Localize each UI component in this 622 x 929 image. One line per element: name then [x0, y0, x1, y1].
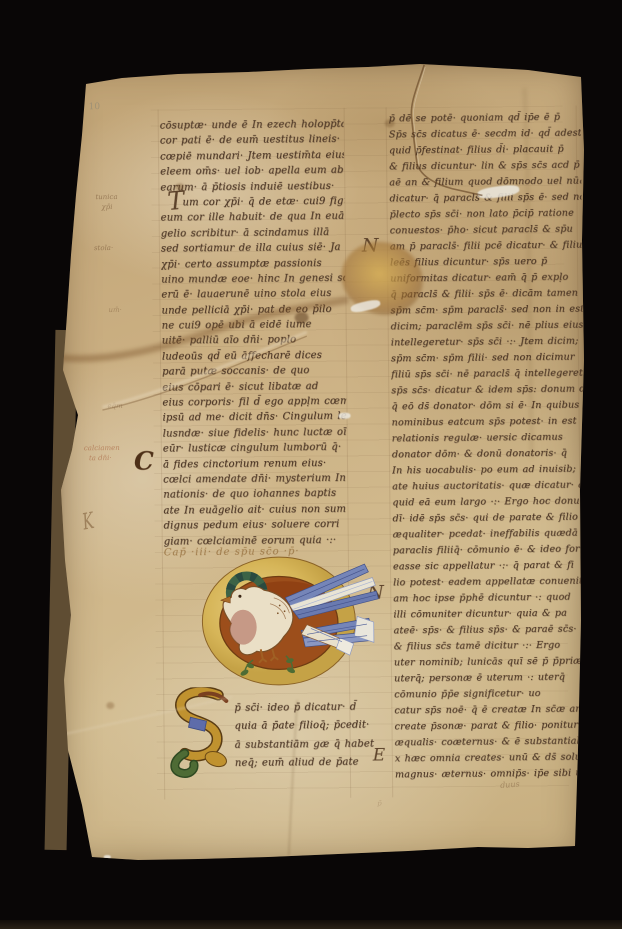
- text-line: leēs filius dicuntur· sp̄s uero p̄: [390, 253, 582, 271]
- page-content: cōsuptæ· unde ē In ezech holopp̄tacor pa…: [54, 57, 590, 868]
- text-line: dicim; paraclēm sp̄s sc̄i· nē plius eius: [391, 317, 583, 335]
- text-line: uterq̄; personæ ē uterum ·: uterq̄: [394, 669, 586, 687]
- photo-frame-edge: [0, 920, 622, 929]
- text-line: nominibus eatcum sp̄s potest· in est: [392, 413, 584, 431]
- text-line: parā putæ soccanis· de quo: [162, 363, 346, 380]
- faint-inscription: duus: [500, 779, 520, 790]
- chapter-rubric: Cap̄ ·iii· de sp̄u sc̄o ·p̄·: [164, 546, 348, 559]
- text-line: lusndæ· siue fidelis· hunc luctæ oīa: [163, 425, 347, 442]
- text-line: create p̄sonæ· parat & filio· ponitur: [394, 717, 586, 735]
- left-column-below-miniature: p̄ sc̄i· ideo p̄ dicatur· d̄quia ā p̄ate…: [234, 698, 385, 773]
- text-line: eius cōpari ē· sicut libatæ ad: [162, 378, 346, 395]
- photograph-of-manuscript: cōsuptæ· unde ē In ezech holopp̄tacor pa…: [0, 0, 622, 929]
- text-line: am p̄ paracls̄· filii pcē dicatur· & fil…: [390, 237, 582, 255]
- initial-e: E: [373, 745, 386, 765]
- roundel-frame: [202, 556, 356, 685]
- nimbus-arc: [230, 576, 263, 609]
- text-line: æqualiter· pcedat· ineffabilis quædā: [393, 525, 585, 543]
- text-line: ate In euāgelio ait· cuius non sum: [163, 502, 347, 519]
- text-line: dignus pedum eius· soluere corri: [164, 517, 348, 534]
- text-line: uino mundæ eoe· hinc In genesi so: [161, 271, 345, 288]
- text-line: In his uocabulis· po eum ad inuisib; usi…: [392, 461, 584, 479]
- wing-feathers: [285, 564, 378, 619]
- text-line: p̄ dē se potē· quoniam qd̄ ip̄e ē p̄: [389, 110, 581, 128]
- text-line: earum· ā p̄tiosis induiē uestibus·: [160, 178, 344, 195]
- text-line: χp̄i· certo assumptæ passionis: [161, 255, 345, 272]
- text-line: intellegeretur· sp̄s sc̄i ·:· Jtem dicim…: [391, 333, 583, 351]
- text-line: uniformitas dicatur· eam̄ q̄ p̄ expḷo: [390, 269, 582, 287]
- text-line: unde pelliciā χp̄i· pat de eo p̄ilo: [161, 301, 345, 318]
- text-line: dicatur· q̄ paracls̄ & filii sp̄s ē· sed…: [389, 189, 581, 207]
- text-line: ateē· sp̄s· & filius sp̄s· & paraē sc̄s·: [394, 621, 586, 639]
- text-line: eleem om̄s· uel iob· apella eum abi deo: [160, 163, 344, 180]
- text-line: Sp̄s sc̄s dicatus ē· secdm id· qd̄ adest: [389, 126, 581, 144]
- text-line: ludeoūs qd̄ eū āffecharē dices: [162, 348, 346, 365]
- tear-white-patch: [350, 298, 381, 313]
- margin-note: stola·: [94, 244, 113, 252]
- text-line: catur sp̄s noē· q̄ ē creatæ In sc̄æ ambo: [394, 701, 586, 719]
- dove-body: [220, 586, 293, 655]
- initial-n: N: [367, 581, 384, 603]
- text-line: neq̄; eum̄ aliud de p̄ate: [235, 754, 385, 774]
- text-line: x hæc omnia creates· unū & ds̄ solus· bo…: [395, 749, 587, 767]
- text-line: q̄ paracls̄ & filii· sp̄s ē· dicām tamen: [390, 285, 582, 303]
- decorated-initial-s: [160, 687, 237, 780]
- text-line: magnus· æternus· omnip̄s· ip̄e sibi uiui…: [395, 765, 587, 783]
- initial-c: C: [134, 447, 154, 476]
- text-line: conuestos· p̄ho· sicut paracls̄ & sp̄u: [390, 221, 582, 239]
- text-line: filiū sp̄s sc̄i· nē paracls̄ q̄ intelleg…: [391, 365, 583, 383]
- text-line: ne cui9 opē ubi ā eidē iume: [162, 317, 346, 334]
- text-line: quid p̄festinat· filius d̄i· placauit p̄: [389, 141, 581, 159]
- text-line: eius corporis· fil d̄ ego appḷm cœm popḷ…: [162, 394, 346, 411]
- margin-note: eq̄m: [107, 402, 122, 410]
- text-line: dī· idē sp̄s sc̄s· qui de parate & filio: [392, 509, 584, 527]
- margin-note: um̄·: [108, 306, 121, 314]
- text-line: eūr· lusticæ cingulum lumborū q̄·: [163, 440, 347, 457]
- initial-t: T: [166, 186, 185, 216]
- text-line: aē an & filium quod dōmnodo uel nūq̄: [389, 173, 581, 191]
- text-line: & filius dicuntur· lin & sp̄s sc̄s acd p…: [389, 157, 581, 175]
- text-line: æqualis· coæternus· & ē substantialis·: [395, 733, 587, 751]
- text-line: erū ē· lauaerunē uino stola eius: [161, 286, 345, 303]
- margin-note: χp̄i: [101, 203, 112, 211]
- initial-n: N: [362, 234, 379, 256]
- text-line: um cor χp̄i· q̄ de etæ· cui9 figurām: [160, 194, 344, 211]
- text-line: cor pati ē· de eum̄ uestitus lineis· idē: [160, 132, 344, 149]
- text-line: donator dōm· & donū donatoris· q̄: [392, 445, 584, 463]
- text-line: illi cōmuniter dicuntur· quia & pa: [393, 605, 585, 623]
- text-line: cōmunio p̄p̄e significetur· uo: [394, 685, 586, 703]
- text-line: uitē· palliū aīo dn̄i· poplo: [162, 332, 346, 349]
- text-line: & filius sc̄s tamē dicitur ·:· Ergo: [394, 637, 586, 655]
- text-line: paraclis filiiq̄· cōmunio ē· & ideo for: [393, 541, 585, 559]
- text-line: sed sortiamur de illa cuius siē· Ja: [161, 240, 345, 257]
- text-line: sp̄s sc̄s· dicatur & idem sp̄s: donum dī: [391, 381, 583, 399]
- text-line: gelio scribitur· ā scindamus illā: [161, 225, 345, 242]
- green-sprigs: [240, 656, 295, 677]
- manuscript-page: cōsuptæ· unde ē In ezech holopp̄tacor pa…: [58, 60, 586, 866]
- text-line: ā fides cinctorium renum eius·: [163, 455, 347, 472]
- text-line: quia ā p̄ate filioq̄; p̄cedit·: [234, 717, 384, 737]
- text-line: sp̄m sc̄m· sp̄m filii· sed non dicimur: [391, 349, 583, 367]
- margin-note: tunica: [95, 193, 117, 201]
- text-line: cōsuptæ· unde ē In ezech holopp̄ta: [160, 117, 344, 134]
- right-text-column: p̄ dē se potē· quoniam qd̄ ip̄e ē p̄Sp̄s…: [389, 110, 587, 784]
- text-line: p̄ sc̄i· ideo p̄ dicatur· d̄: [234, 698, 384, 718]
- text-line: ate huius auctoritatis· quæ dicatur· ade…: [392, 477, 584, 495]
- left-text-column: cōsuptæ· unde ē In ezech holopp̄tacor pa…: [160, 117, 348, 550]
- text-line: relationis regulæ· uersic dicamus: [392, 429, 584, 447]
- edge-fleck: [104, 855, 111, 859]
- tail-feathers: [301, 616, 374, 655]
- edge-fleck: [66, 104, 75, 159]
- text-line: ā substantiām gæ q̄ habet: [235, 735, 385, 755]
- edge-fleck: [76, 852, 85, 857]
- text-line: quid eā eum largo ·:· Ergo hoc donum: [392, 493, 584, 511]
- text-line: q̄ eō ds̄ donator· dōm si ē· In quibus: [391, 397, 583, 415]
- text-line: p̄lecto sp̄s sc̄i· non lato p̄cip̄ ratio…: [390, 205, 582, 223]
- dove-legs: [259, 649, 278, 663]
- text-line: cœlci amendate dn̄i· mysterium In car: [163, 471, 347, 488]
- text-line: lio potest· eadem appellatæ conuenit: [393, 573, 585, 591]
- text-line: nationis· de quo iohannes baptis: [163, 486, 347, 503]
- text-line: eum cor ille habuit· de qua In euā: [161, 209, 345, 226]
- text-line: uter nominib; lunicās quī sē p̄ p̄priæ: [394, 653, 586, 671]
- faint-mark: p̄: [377, 799, 382, 807]
- margin-note-red: ta dn̄i·: [89, 454, 112, 462]
- text-line: sp̄m sc̄m· sp̄m paracls̄· sed non in est: [390, 301, 582, 319]
- folio-number-pencil: 10: [89, 102, 101, 112]
- text-line: cœpiē mundari· Jtem uestim̄ta eius: [160, 148, 344, 165]
- text-line: am hoc ipse p̄phē dicuntur ·: quod: [393, 589, 585, 607]
- text-line: ipsū ad me· dicit dn̄s· Cingulum lepi: [162, 409, 346, 426]
- text-line: easse sic appellatur ·:· q̄ parat & fi: [393, 557, 585, 575]
- stain-spot: [106, 702, 114, 709]
- margin-note-red: calciamen: [84, 444, 120, 452]
- margin-flourish: K: [80, 507, 96, 536]
- dove-roundel-illustration: [189, 548, 390, 700]
